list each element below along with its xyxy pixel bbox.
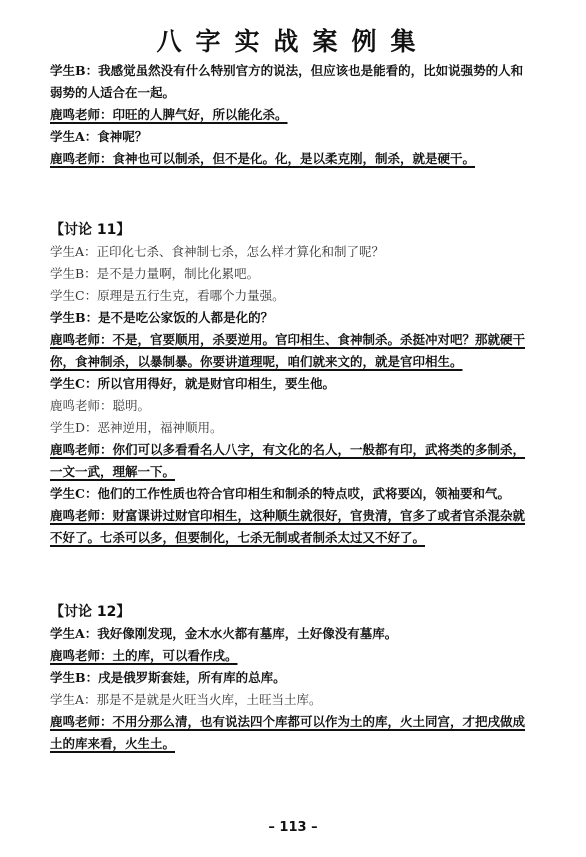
page-body: 学生B：我感觉虽然没有什么特别官方的说法，但应该也是能看的，比如说强势的人和弱势…	[50, 60, 530, 755]
dialogue-line: 学生B：戌是俄罗斯套娃，所有库的总库。	[50, 667, 530, 689]
teacher-line: 鹿鸣老师：食神也可以制杀，但不是化。化，是以柔克刚，制杀，就是硬干。	[50, 148, 530, 170]
dialogue-line: 鹿鸣老师：聪明。	[50, 395, 530, 417]
section-header: 【讨论 12】	[50, 601, 530, 623]
dialogue-line: 学生A：正印化七杀、食神制七杀，怎么样才算化和制了呢？	[50, 241, 530, 263]
teacher-line: 鹿鸣老师：你们可以多看看名人八字，有文化的名人，一般都有印，武将类的多制杀，一文…	[50, 439, 530, 483]
teacher-line: 鹿鸣老师：不用分那么清，也有说法四个库都可以作为土的库，火土同宫，才把戌做成土的…	[50, 711, 530, 755]
dialogue-line: 学生C：原理是五行生克，看哪个力量强。	[50, 285, 530, 307]
dialogue-line: 学生B：是不是吃公家饭的人都是化的？	[50, 307, 530, 329]
dialogue-line: 学生A：我好像刚发现，金木水火都有墓库，土好像没有墓库。	[50, 623, 530, 645]
page-title: 八字实战案例集	[0, 22, 586, 58]
spacer	[50, 549, 530, 601]
teacher-line: 鹿鸣老师：财富课讲过财官印相生，这种顺生就很好，官贵清，官多了或者官杀混杂就不好…	[50, 505, 530, 549]
spacer	[50, 170, 530, 219]
page-number: – 113 –	[0, 820, 586, 835]
dialogue-line: 学生D：恶神逆用，福神顺用。	[50, 417, 530, 439]
teacher-line: 鹿鸣老师：土的库，可以看作戌。	[50, 645, 530, 667]
section-header: 【讨论 11】	[50, 219, 530, 241]
dialogue-line: 学生A：食神呢？	[50, 126, 530, 148]
dialogue-line: 学生B：我感觉虽然没有什么特别官方的说法，但应该也是能看的，比如说强势的人和弱势…	[50, 60, 530, 104]
dialogue-line: 学生C：所以官用得好，就是财官印相生，要生他。	[50, 373, 530, 395]
teacher-line: 鹿鸣老师：印旺的人脾气好，所以能化杀。	[50, 104, 530, 126]
dialogue-line: 学生B：是不是力量啊，制比化累吧。	[50, 263, 530, 285]
teacher-line: 鹿鸣老师：不是，官要顺用，杀要逆用。官印相生、食神制杀。杀挺冲对吧？那就硬干你，…	[50, 329, 530, 373]
dialogue-line: 学生C：他们的工作性质也符合官印相生和制杀的特点哎，武将要凶，领袖要和气。	[50, 483, 530, 505]
dialogue-line: 学生A：那是不是就是火旺当火库，土旺当土库。	[50, 689, 530, 711]
